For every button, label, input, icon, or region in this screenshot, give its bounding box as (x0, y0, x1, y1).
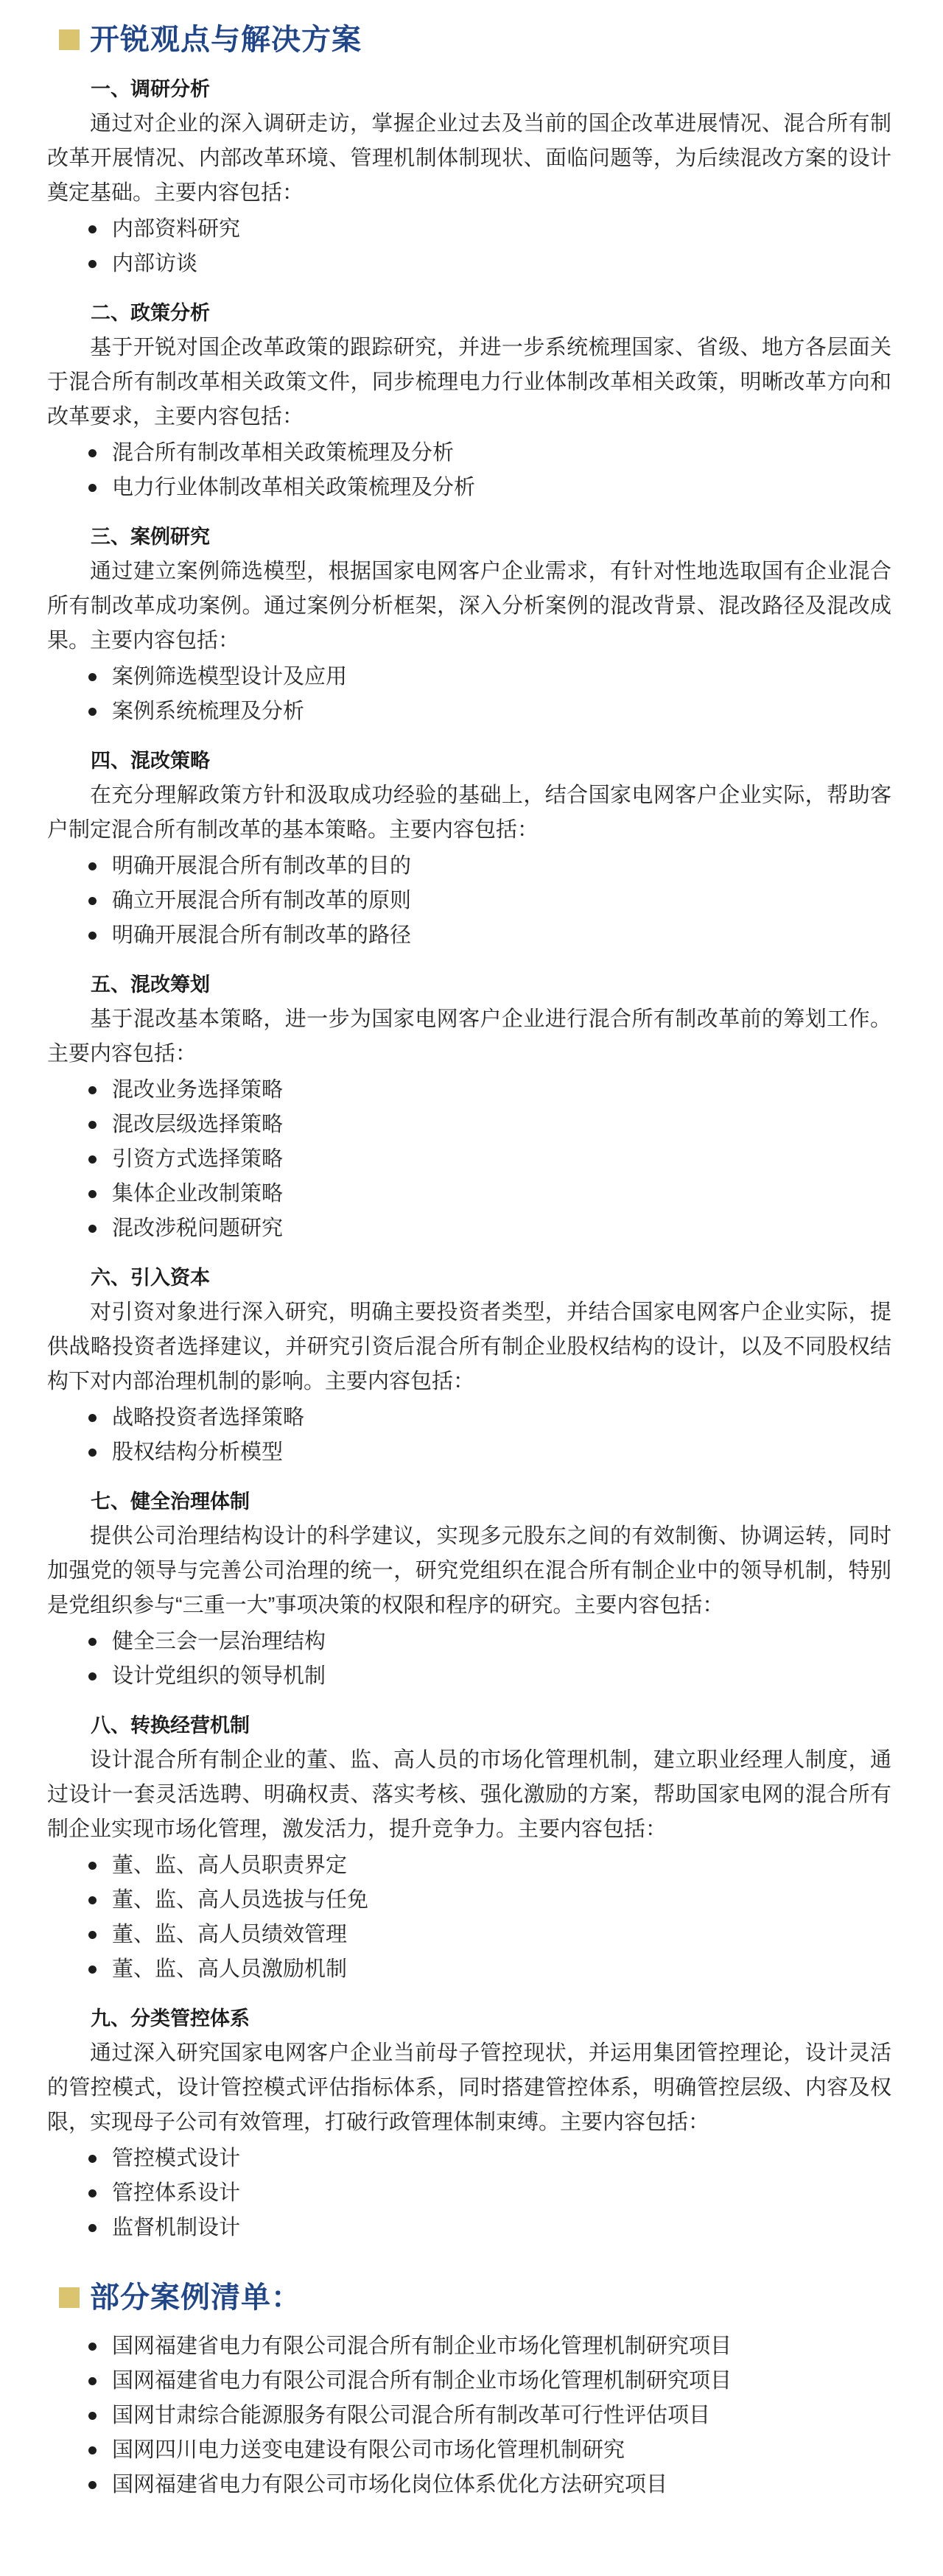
case-list-item: 国网福建省电力有限公司混合所有制企业市场化管理机制研究项目 (88, 2364, 891, 2399)
bullet-item: 管控模式设计 (88, 2142, 891, 2176)
bullet-item: 电力行业体制改革相关政策梳理及分析 (88, 471, 891, 505)
section: 八、转换经营机制 设计混合所有制企业的董、监、高人员的市场化管理机制，建立职业经… (47, 1714, 891, 1987)
section-paragraph: 对引资对象进行深入研究，明确主要投资者类型，并结合国家电网客户企业实际，提供战略… (47, 1295, 891, 1399)
section-heading: 五、混改筹划 (91, 974, 891, 996)
section-bullets: 明确开展混合所有制改革的目的确立开展混合所有制改革的原则明确开展混合所有制改革的… (88, 849, 891, 953)
bullet-item: 战略投资者选择策略 (88, 1401, 891, 1435)
section-heading: 七、健全治理体制 (91, 1491, 891, 1513)
case-list-item: 国网福建省电力有限公司混合所有制企业市场化管理机制研究项目 (88, 2329, 891, 2364)
section: 七、健全治理体制 提供公司治理结构设计的科学建议，实现多元股东之间的有效制衡、协… (47, 1491, 891, 1694)
section-bullets: 战略投资者选择策略股权结构分析模型 (88, 1401, 891, 1470)
section: 六、引入资本 对引资对象进行深入研究，明确主要投资者类型，并结合国家电网客户企业… (47, 1267, 891, 1470)
section-paragraph: 基于混改基本策略，进一步为国家电网客户企业进行混合所有制改革前的筹划工作。主要内… (47, 1002, 891, 1071)
section-paragraph: 在充分理解政策方针和汲取成功经验的基础上，结合国家电网客户企业实际，帮助客户制定… (47, 778, 891, 848)
case-list-item: 国网甘肃综合能源服务有限公司混合所有制改革可行性评估项目 (88, 2399, 891, 2433)
section-paragraph: 通过建立案例筛选模型，根据国家电网客户企业需求，有针对性地选取国有企业混合所有制… (47, 555, 891, 658)
section-heading: 八、转换经营机制 (91, 1714, 891, 1737)
bullet-item: 设计党组织的领导机制 (88, 1659, 891, 1694)
section-paragraph: 通过深入研究国家电网客户企业当前母子管控现状，并运用集团管控理论，设计灵活的管控… (47, 2036, 891, 2140)
bullet-item: 混改业务选择策略 (88, 1073, 891, 1108)
section: 一、调研分析 通过对企业的深入调研走访，掌握企业过去及当前的国企改革进展情况、混… (47, 78, 891, 281)
section: 三、案例研究 通过建立案例筛选模型，根据国家电网客户企业需求，有针对性地选取国有… (47, 526, 891, 729)
section-bullets: 混合所有制改革相关政策梳理及分析电力行业体制改革相关政策梳理及分析 (88, 436, 891, 505)
sections: 一、调研分析 通过对企业的深入调研走访，掌握企业过去及当前的国企改革进展情况、混… (47, 78, 891, 2245)
section: 二、政策分析 基于开锐对国企改革政策的跟踪研究，并进一步系统梳理国家、省级、地方… (47, 302, 891, 505)
section: 九、分类管控体系 通过深入研究国家电网客户企业当前母子管控现状，并运用集团管控理… (47, 2007, 891, 2245)
section-paragraph: 基于开锐对国企改革政策的跟踪研究，并进一步系统梳理国家、省级、地方各层面关于混合… (47, 331, 891, 434)
section-bullets: 案例筛选模型设计及应用案例系统梳理及分析 (88, 660, 891, 729)
bullet-item: 董、监、高人员选拔与任免 (88, 1883, 891, 1918)
bullet-item: 董、监、高人员激励机制 (88, 1952, 891, 1987)
bullet-item: 案例筛选模型设计及应用 (88, 660, 891, 694)
section-bullets: 混改业务选择策略混改层级选择策略引资方式选择策略集体企业改制策略混改涉税问题研究 (88, 1073, 891, 1246)
bullet-item: 混改层级选择策略 (88, 1108, 891, 1142)
section-bullets: 内部资料研究内部访谈 (88, 212, 891, 281)
bullet-item: 董、监、高人员绩效管理 (88, 1918, 891, 1952)
bullet-item: 健全三会一层治理结构 (88, 1625, 891, 1659)
bullet-item: 内部资料研究 (88, 212, 891, 247)
cases-title-row: 部分案例清单： (59, 2280, 891, 2315)
section-heading: 九、分类管控体系 (91, 2007, 891, 2030)
section: 五、混改筹划 基于混改基本策略，进一步为国家电网客户企业进行混合所有制改革前的筹… (47, 974, 891, 1246)
section-paragraph: 通过对企业的深入调研走访，掌握企业过去及当前的国企改革进展情况、混合所有制改革开… (47, 107, 891, 211)
page-title: 开锐观点与解决方案 (90, 22, 362, 57)
bullet-item: 确立开展混合所有制改革的原则 (88, 884, 891, 918)
section-heading: 六、引入资本 (91, 1267, 891, 1289)
bullet-item: 明确开展混合所有制改革的路径 (88, 918, 891, 953)
bullet-item: 董、监、高人员职责界定 (88, 1848, 891, 1883)
section-paragraph: 提供公司治理结构设计的科学建议，实现多元股东之间的有效制衡、协调运转，同时加强党… (47, 1519, 891, 1623)
gold-square-icon (59, 2287, 80, 2308)
section: 四、混改策略 在充分理解政策方针和汲取成功经验的基础上，结合国家电网客户企业实际… (47, 750, 891, 953)
bullet-item: 引资方式选择策略 (88, 1142, 891, 1177)
case-list-item: 国网福建省电力有限公司市场化岗位体系优化方法研究项目 (88, 2468, 891, 2502)
cases-block: 部分案例清单： 国网福建省电力有限公司混合所有制企业市场化管理机制研究项目国网福… (47, 2280, 891, 2502)
bullet-item: 集体企业改制策略 (88, 1177, 891, 1211)
section-bullets: 董、监、高人员职责界定董、监、高人员选拔与任免董、监、高人员绩效管理董、监、高人… (88, 1848, 891, 1987)
bullet-item: 混改涉税问题研究 (88, 1211, 891, 1246)
section-paragraph: 设计混合所有制企业的董、监、高人员的市场化管理机制，建立职业经理人制度，通过设计… (47, 1743, 891, 1847)
cases-list: 国网福建省电力有限公司混合所有制企业市场化管理机制研究项目国网福建省电力有限公司… (88, 2329, 891, 2502)
bullet-item: 监督机制设计 (88, 2211, 891, 2245)
section-bullets: 管控模式设计管控体系设计监督机制设计 (88, 2142, 891, 2245)
main-title-row: 开锐观点与解决方案 (59, 22, 891, 57)
document-page: 开锐观点与解决方案 一、调研分析 通过对企业的深入调研走访，掌握企业过去及当前的… (0, 0, 943, 2576)
section-heading: 一、调研分析 (91, 78, 891, 101)
cases-list-title: 部分案例清单： (90, 2280, 301, 2315)
section-heading: 二、政策分析 (91, 302, 891, 325)
bullet-item: 股权结构分析模型 (88, 1435, 891, 1470)
bullet-item: 混合所有制改革相关政策梳理及分析 (88, 436, 891, 471)
bullet-item: 管控体系设计 (88, 2176, 891, 2211)
gold-square-icon (59, 29, 80, 50)
section-bullets: 健全三会一层治理结构设计党组织的领导机制 (88, 1625, 891, 1694)
bullet-item: 案例系统梳理及分析 (88, 694, 891, 729)
bullet-item: 内部访谈 (88, 247, 891, 281)
bullet-item: 明确开展混合所有制改革的目的 (88, 849, 891, 884)
section-heading: 四、混改策略 (91, 750, 891, 773)
section-heading: 三、案例研究 (91, 526, 891, 549)
case-list-item: 国网四川电力送变电建设有限公司市场化管理机制研究 (88, 2433, 891, 2468)
